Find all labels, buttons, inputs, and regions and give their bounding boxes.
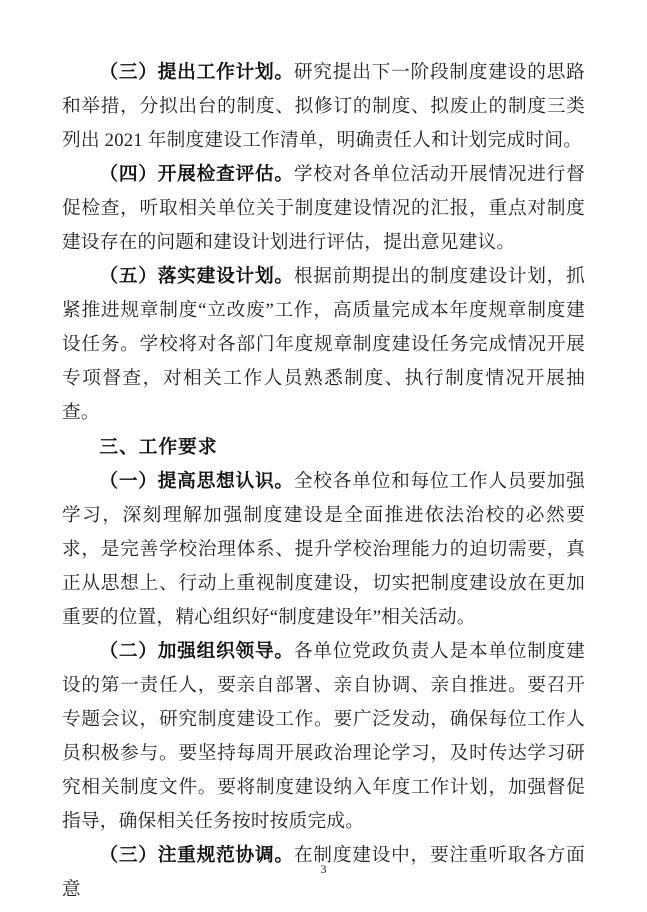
paragraph-lead: （一）提高思想认识。	[99, 471, 293, 492]
paragraph-item-4-inspection: （四）开展检查评估。学校对各单位活动开展情况进行督促检查，听取相关单位关于制度建…	[62, 158, 585, 260]
paragraph-item-3-propose-plan: （三）提出工作计划。研究提出下一阶段制度建设的思路和举措，分拟出台的制度、拟修订…	[62, 56, 585, 158]
paragraph-text: 各单位党政负责人是本单位制度建设的第一责任人，要亲自部署、亲自协调、亲自推进。要…	[62, 641, 585, 832]
paragraph-item-1-raise-awareness: （一）提高思想认识。全校各单位和每位工作人员要加强学习，深刻理解加强制度建设是全…	[62, 465, 585, 635]
section-heading-work-requirements: 三、工作要求	[62, 430, 585, 465]
paragraph-lead: （二）加强组织领导。	[99, 641, 293, 662]
paragraph-lead: （五）落实建设计划。	[99, 266, 293, 287]
paragraph-lead: （四）开展检查评估。	[99, 164, 293, 185]
document-page: （三）提出工作计划。研究提出下一阶段制度建设的思路和举措，分拟出台的制度、拟修订…	[0, 0, 647, 912]
paragraph-item-5-implement-plan: （五）落实建设计划。根据前期提出的制度建设计划，抓紧推进规章制度“立改废”工作，…	[62, 260, 585, 430]
paragraph-lead: （三）提出工作计划。	[99, 62, 293, 83]
paragraph-text: 全校各单位和每位工作人员要加强学习，深刻理解加强制度建设是全面推进依法治校的必然…	[62, 471, 585, 628]
paragraph-text: 根据前期提出的制度建设计划，抓紧推进规章制度“立改废”工作，高质量完成本年度规章…	[62, 266, 585, 423]
paragraph-item-2-strengthen-leadership: （二）加强组织领导。各单位党政负责人是本单位制度建设的第一责任人，要亲自部署、亲…	[62, 635, 585, 839]
page-number: 3	[0, 862, 647, 876]
section-heading-text: 三、工作要求	[99, 436, 217, 457]
document-body: （三）提出工作计划。研究提出下一阶段制度建设的思路和举措，分拟出台的制度、拟修订…	[62, 56, 585, 907]
